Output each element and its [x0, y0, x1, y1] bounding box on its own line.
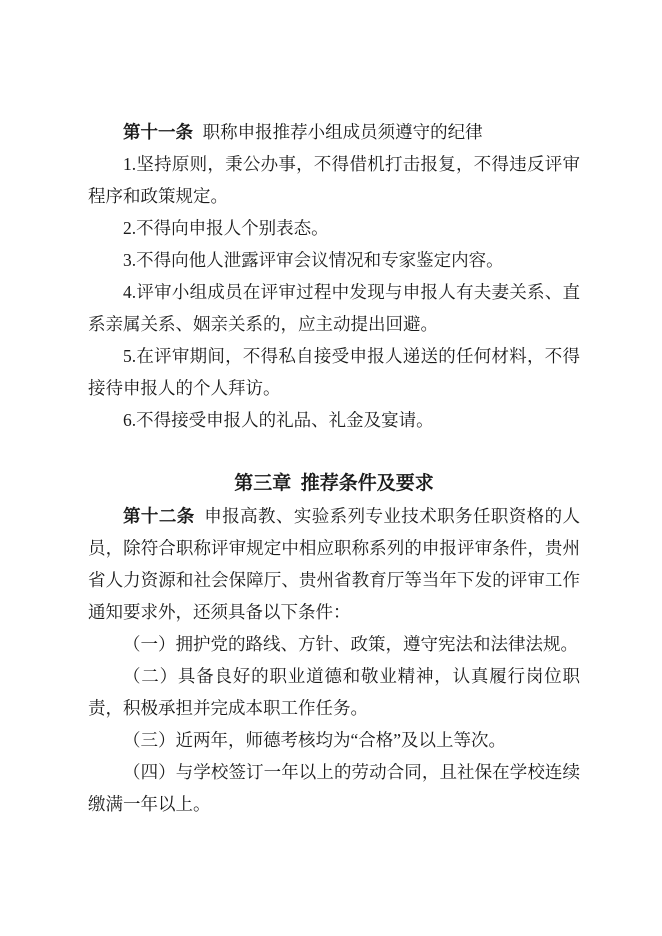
article-11-number: 第十一条	[123, 122, 193, 142]
article-11-heading: 第十一条职称申报推荐小组成员须遵守的纪律	[88, 116, 580, 148]
article-12-number: 第十二条	[123, 506, 195, 526]
chapter-3-title: 推荐条件及要求	[301, 473, 434, 494]
chapter-3-heading: 第三章推荐条件及要求	[88, 468, 580, 500]
article-12-item-3: （三）近两年，师德考核均为“合格”及以上等次。	[88, 724, 580, 756]
article-12-item-1: （一）拥护党的路线、方针、政策，遵守宪法和法律法规。	[88, 628, 580, 660]
article-11-item-2: 2.不得向申报人个别表态。	[88, 212, 580, 244]
article-11-item-4: 4.评审小组成员在评审过程中发现与申报人有夫妻关系、直系亲属关系、姻亲关系的，应…	[88, 276, 580, 340]
document-body: 第十一条职称申报推荐小组成员须遵守的纪律 1.坚持原则，秉公办事，不得借机打击报…	[88, 116, 580, 820]
article-12-item-4: （四）与学校签订一年以上的劳动合同，且社保在学校连续缴满一年以上。	[88, 756, 580, 820]
article-11-item-1: 1.坚持原则，秉公办事，不得借机打击报复，不得违反评审程序和政策规定。	[88, 148, 580, 212]
document-page: 第十一条职称申报推荐小组成员须遵守的纪律 1.坚持原则，秉公办事，不得借机打击报…	[0, 0, 662, 936]
article-11-item-6: 6.不得接受申报人的礼品、礼金及宴请。	[88, 404, 580, 436]
chapter-3-number: 第三章	[234, 473, 291, 494]
article-12-paragraph: 第十二条申报高教、实验系列专业技术职务任职资格的人员，除符合职称评审规定中相应职…	[88, 500, 580, 628]
article-12-item-2: （二）具备良好的职业道德和敬业精神，认真履行岗位职责，积极承担并完成本职工作任务…	[88, 660, 580, 724]
article-11-item-5: 5.在评审期间，不得私自接受申报人递送的任何材料，不得接待申报人的个人拜访。	[88, 340, 580, 404]
article-11-title: 职称申报推荐小组成员须遵守的纪律	[203, 122, 483, 142]
article-11-item-3: 3.不得向他人泄露评审会议情况和专家鉴定内容。	[88, 244, 580, 276]
